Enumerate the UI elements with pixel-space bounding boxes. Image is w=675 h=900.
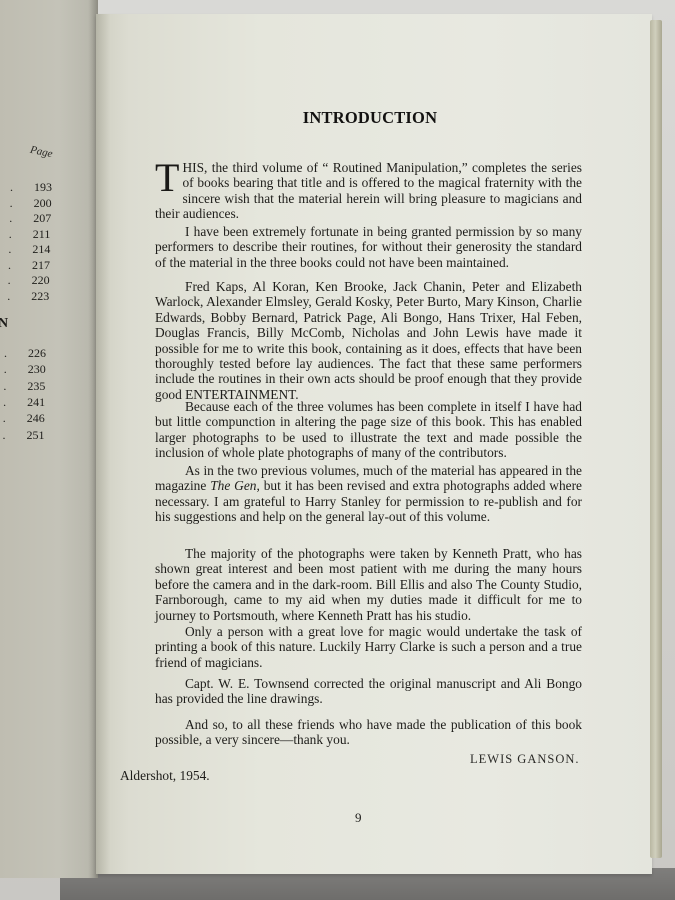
toc-entry: .241 [3,395,63,411]
toc-leader-dot: . [4,346,7,361]
drop-cap: T [155,163,179,193]
paragraph-1: THIS, the third volume of “ Routined Man… [155,160,582,222]
paragraph-8: Capt. W. E. Townsend corrected the origi… [155,676,582,707]
toc-entry: .246 [3,411,63,427]
paragraph-9: And so, to all these friends who have ma… [155,717,582,748]
toc-leader-dot: . [3,411,6,426]
paragraph-5: As in the two previous volumes, much of … [155,463,582,525]
toc-page-number: 246 [27,411,45,426]
toc-page-number: 220 [32,273,50,288]
toc-entry: .223 [7,289,67,305]
toc-page-number: 226 [28,346,46,361]
toc-entry: .217 [8,258,68,274]
toc-entry: .220 [8,273,68,289]
toc-leader-dot: . [10,196,13,211]
toc-entry: .230 [4,362,64,378]
paragraph-2: I have been extremely fortunate in being… [155,224,582,270]
toc-entry: .226 [4,346,64,362]
book-cover-edge [650,20,662,858]
toc-page-number: 241 [27,395,45,410]
paragraph-3: Fred Kaps, Al Koran, Ken Brooke, Jack Ch… [155,279,582,402]
author-signature: LEWIS GANSON. [470,752,580,767]
toc-leader-dot: . [10,180,13,195]
toc-page-number: 200 [34,196,52,211]
toc-leader-dot: . [3,395,6,410]
toc-leader-dot: . [7,289,10,304]
toc-page-number: 193 [34,180,52,195]
page-number: 9 [355,810,362,825]
toc-entry: .251 [3,428,63,444]
toc-page-number: 211 [33,227,51,242]
magazine-title: The Gen [210,478,256,493]
toc-entry: .214 [8,242,68,258]
toc-page-number: 217 [32,258,50,273]
toc-leader-dot: . [9,227,12,242]
toc-leader-dot: . [3,428,6,443]
toc-page-column-header: Page [29,144,54,160]
toc-section-heading-fragment: N [0,316,8,332]
toc-page-number: 223 [31,289,49,304]
paragraph-1-text: HIS, the third volume of “ Routined Mani… [155,160,582,221]
toc-page-number: 214 [32,242,50,257]
page-title: INTRODUCTION [155,110,585,125]
toc-leader-dot: . [3,379,6,394]
toc-leader-dot: . [8,273,11,288]
toc-leader-dot: . [9,211,12,226]
paragraph-4: Because each of the three volumes has be… [155,399,582,461]
toc-entry: .200 [10,196,70,212]
toc-entry: .235 [3,379,63,395]
toc-entry: .207 [9,211,69,227]
place-and-date: Aldershot, 1954. [120,768,210,783]
toc-entry: .211 [9,227,69,243]
toc-leader-dot: . [8,242,11,257]
toc-entry: .193 [10,180,70,196]
paragraph-7: Only a person with a great love for magi… [155,624,582,670]
toc-leader-dot: . [4,362,7,377]
toc-page-number: 230 [28,362,46,377]
toc-page-number: 235 [27,379,45,394]
toc-page-number: 251 [27,428,45,443]
paragraph-6: The majority of the photographs were tak… [155,546,582,623]
toc-leader-dot: . [8,258,11,273]
toc-page-number: 207 [33,211,51,226]
